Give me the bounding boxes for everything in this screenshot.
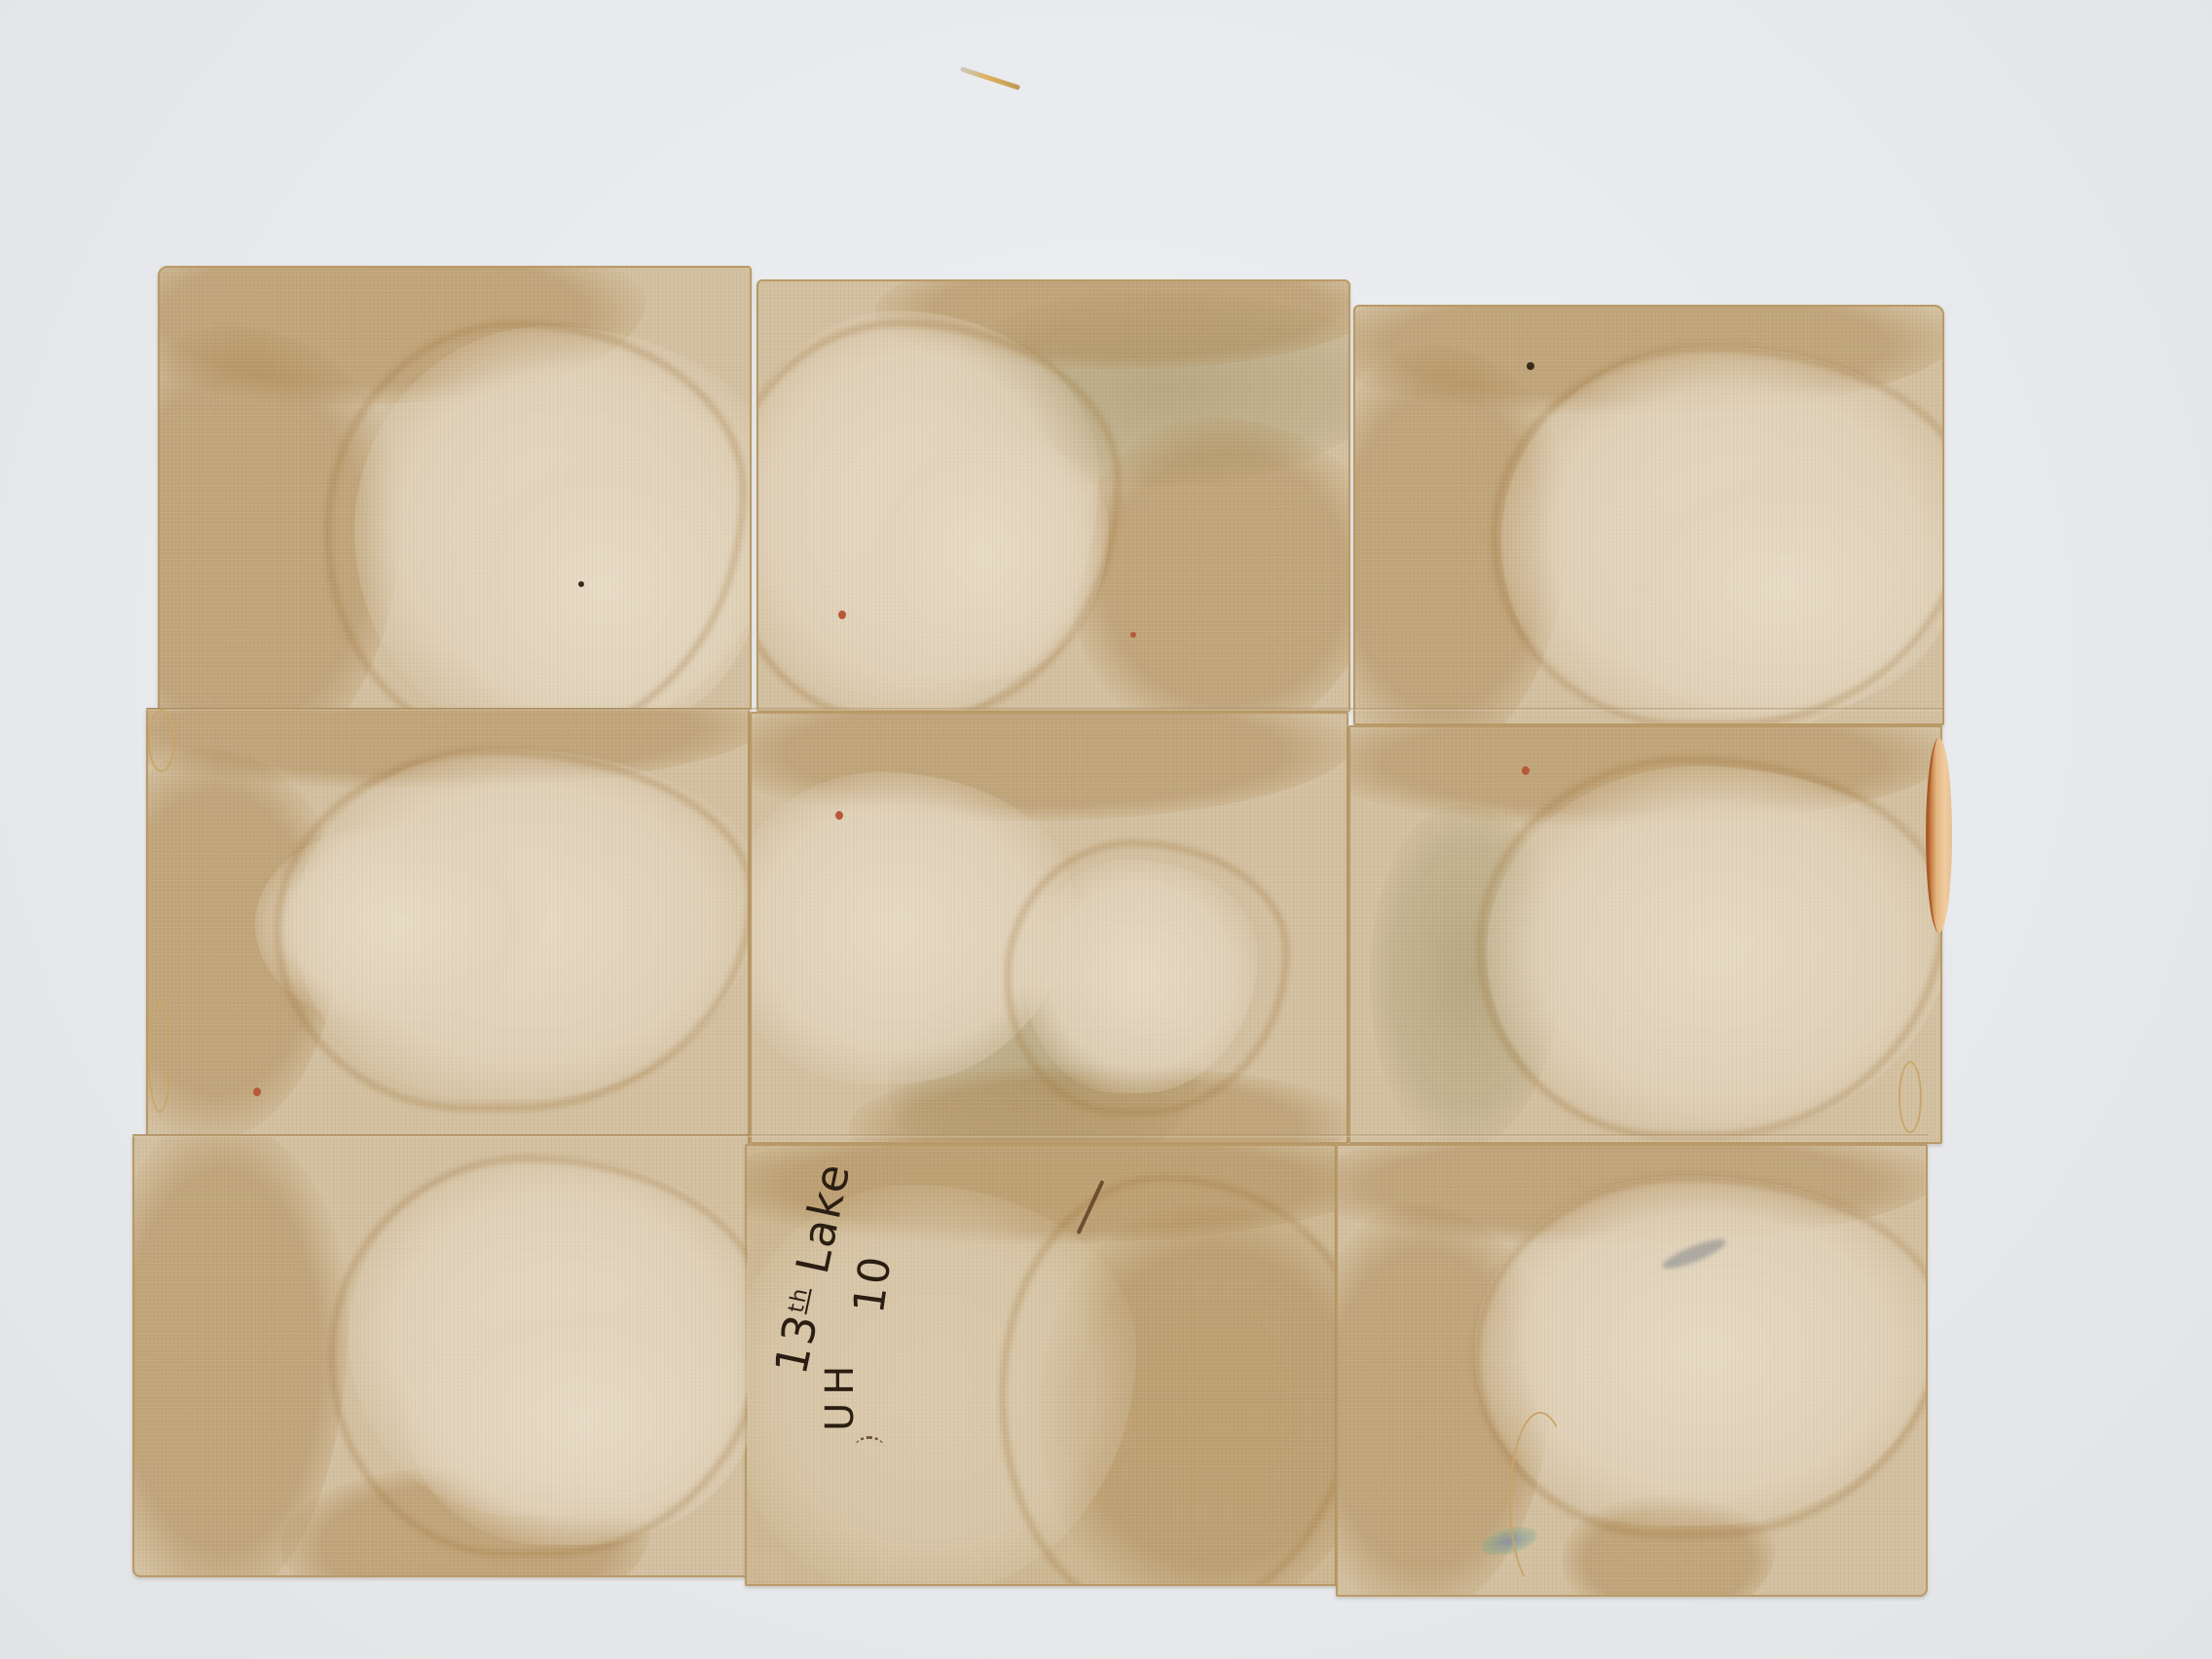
- loose-thread: [1899, 1061, 1922, 1133]
- panel-bottom-left: [132, 1134, 750, 1577]
- loose-thread: [1509, 1412, 1571, 1591]
- edge-tear: [1926, 738, 1952, 933]
- handwritten-number: 10: [844, 1252, 902, 1317]
- panel-middle-left: [146, 708, 750, 1136]
- panel-top-right: [1353, 305, 1944, 725]
- panel-middle-middle: [750, 712, 1348, 1144]
- dotted-pencil-mark: [855, 1436, 884, 1458]
- fold-crease-lower: [132, 1134, 1929, 1137]
- fold-crease-upper: [146, 708, 1942, 711]
- panel-top-left: [158, 266, 752, 710]
- panel-top-middle: [756, 279, 1350, 712]
- handwritten-label: 13th Lake 10 UH: [735, 1163, 930, 1456]
- photograph: 13th Lake 10 UH: [0, 0, 2212, 1659]
- handwritten-title: 13th Lake: [764, 1158, 861, 1379]
- panel-middle-right: [1348, 725, 1942, 1144]
- folded-linen-map-back: 13th Lake 10 UH: [0, 0, 2212, 1659]
- panel-bottom-right: [1336, 1144, 1928, 1597]
- handwritten-code: UH: [818, 1358, 863, 1431]
